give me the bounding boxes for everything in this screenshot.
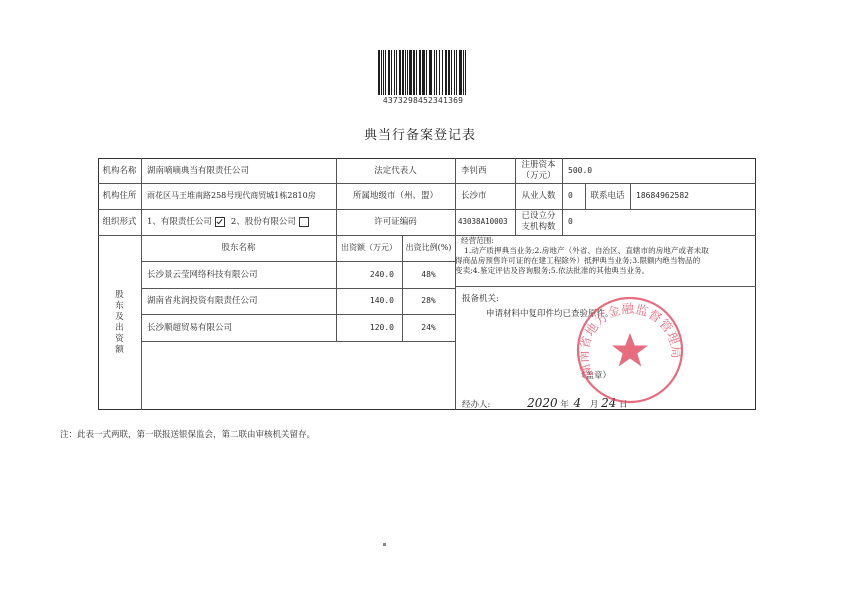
shareholder-amount: 140.0 (336, 288, 402, 314)
barcode-bar (434, 50, 436, 95)
shareholders-section-label-char: 额 (115, 345, 124, 356)
capital-value: 500.0 (562, 158, 756, 183)
barcode (378, 50, 468, 95)
barcode-bar (416, 50, 418, 95)
org-form-label: 组织形式 (98, 209, 141, 235)
barcode-bar (409, 50, 412, 95)
branches-label-line1: 已设立分 (521, 211, 555, 222)
barcode-bar (391, 50, 392, 95)
barcode-bar (385, 50, 386, 95)
business-scope-line1: 1.动产质押典当业务;2.房地产（外省、自治区、直辖市的房地产或者未取 (461, 246, 753, 256)
barcode-bar (456, 50, 457, 95)
verified-note: 申请材料中复印件均已查验原件。 (486, 307, 614, 319)
shareholder-name-header: 股东名称 (141, 235, 336, 261)
shareholder-name: 湖南省兆润投资有限责任公司 (141, 288, 336, 314)
shareholders-section-label-char: 股 (115, 290, 124, 301)
shareholders-section-label-char: 出 (115, 323, 124, 334)
page-title: 典当行备案登记表 (300, 124, 540, 143)
capital-label-line1: 注册资本 (521, 160, 555, 171)
barcode-bar (463, 50, 464, 95)
barcode-number: 4373298452341369 (368, 96, 478, 105)
barcode-bar (448, 50, 450, 95)
business-scope-line2: 得商品房预售许可证的在建工程除外）抵押典当业务;3.限额内绝当物品的 (455, 256, 753, 266)
address-label: 机构住所 (98, 183, 141, 209)
branches-label: 已设立分 支机构数 (515, 209, 562, 235)
branches-value: 0 (562, 209, 756, 235)
barcode-bar (454, 50, 455, 95)
month-char: 月 (590, 400, 599, 410)
barcode-bar (396, 50, 397, 95)
year-char: 年 (560, 400, 569, 410)
day-char: 日 (619, 400, 628, 410)
staff-label: 从业人数 (515, 183, 562, 209)
barcode-bar (460, 50, 462, 95)
barcode-bar (381, 50, 383, 95)
business-scope-label: 经营范围: (461, 236, 753, 246)
license-value: 43038A10003 (455, 209, 515, 235)
shareholder-amount-header: 出资额（万元） (336, 235, 402, 261)
barcode-bar (419, 50, 421, 95)
shareholders-section-label-char: 及 (115, 312, 124, 323)
date-month: 4 (574, 396, 582, 410)
filing-authority-label: 报备机关: (462, 292, 499, 304)
capital-label-line2: （万元） (521, 171, 555, 182)
barcode-bar (445, 50, 447, 95)
shareholder-amount: 240.0 (336, 261, 402, 288)
business-scope-line3: 变卖;4.鉴定评估及咨询服务;5.依法批准的其他典当业务。 (455, 266, 753, 276)
barcode-bar (413, 50, 415, 95)
capital-label: 注册资本 （万元） (515, 158, 562, 183)
date-year: 2020 (527, 396, 558, 410)
barcode-bar (459, 50, 460, 95)
barcode-bar (429, 50, 432, 95)
barcode-bar (422, 50, 425, 95)
phone-value: 18684962582 (630, 183, 756, 209)
barcode-bar (402, 50, 404, 95)
footer-note: 注：此表一式两联，第一联报送银保监会，第二联由审核机关留存。 (60, 428, 315, 440)
handler-label: 经办人: (462, 400, 490, 410)
shareholder-amount: 120.0 (336, 314, 402, 341)
staff-value: 0 (562, 183, 585, 209)
shareholder-ratio: 28% (402, 288, 455, 314)
barcode-bar (426, 50, 427, 95)
phone-label: 联系电话 (585, 183, 630, 209)
business-scope: 经营范围: 1.动产质押典当业务;2.房地产（外省、自治区、直辖市的房地产或者未… (461, 236, 753, 276)
branches-label-line2: 支机构数 (521, 222, 555, 233)
barcode-bar (378, 50, 380, 95)
form-option-joint-stock-checkbox[interactable] (299, 217, 309, 227)
shareholder-name: 长沙景云莹网络科技有限公司 (141, 261, 336, 288)
barcode-bar (394, 50, 395, 95)
barcode-bar (383, 50, 384, 95)
scan-speck (383, 543, 386, 546)
form-option-llc: 1、有限责任公司 (147, 217, 212, 227)
barcode-bar (465, 50, 466, 95)
barcode-bar (407, 50, 408, 95)
city-label: 所属地级市（州、盟） (336, 183, 455, 209)
seal-label: （盖章） (577, 369, 611, 381)
city-value: 长沙市 (455, 183, 515, 209)
legal-rep-label: 法定代表人 (336, 158, 455, 183)
barcode-bar (451, 50, 452, 95)
org-name-value: 湖南嘀嘀典当有限责任公司 (141, 158, 336, 183)
barcode-bar (442, 50, 444, 95)
license-label: 许可证编码 (336, 209, 455, 235)
org-name-label: 机构名称 (98, 158, 141, 183)
form-option-joint-stock: 2、股份有限公司 (231, 217, 296, 227)
shareholder-ratio: 48% (402, 261, 455, 288)
barcode-bar (399, 50, 402, 95)
barcode-bar (439, 50, 440, 95)
shareholder-ratio: 24% (402, 314, 455, 341)
address-value: 雨花区马王堆南路258号现代商贸城1栋2810房 (141, 183, 336, 209)
barcode-bar (436, 50, 437, 95)
form-option-llc-checkbox[interactable] (215, 217, 225, 227)
legal-rep-value: 李钊西 (455, 158, 515, 183)
barcode-bar (388, 50, 390, 95)
date-day: 24 (601, 396, 616, 410)
shareholders-section-label: 股东及出资额 (98, 235, 141, 410)
shareholder-ratio-header: 出资比例(%) (402, 235, 455, 261)
barcode-bar (405, 50, 406, 95)
org-form-options: 1、有限责任公司 2、股份有限公司 (141, 209, 336, 235)
shareholders-section-label-char: 东 (115, 301, 124, 312)
shareholders-section-label-char: 资 (115, 334, 124, 345)
handler-line: 经办人: 2020 年 4 月 24 日 (462, 396, 628, 410)
shareholder-name: 长沙顺超贸易有限公司 (141, 314, 336, 341)
